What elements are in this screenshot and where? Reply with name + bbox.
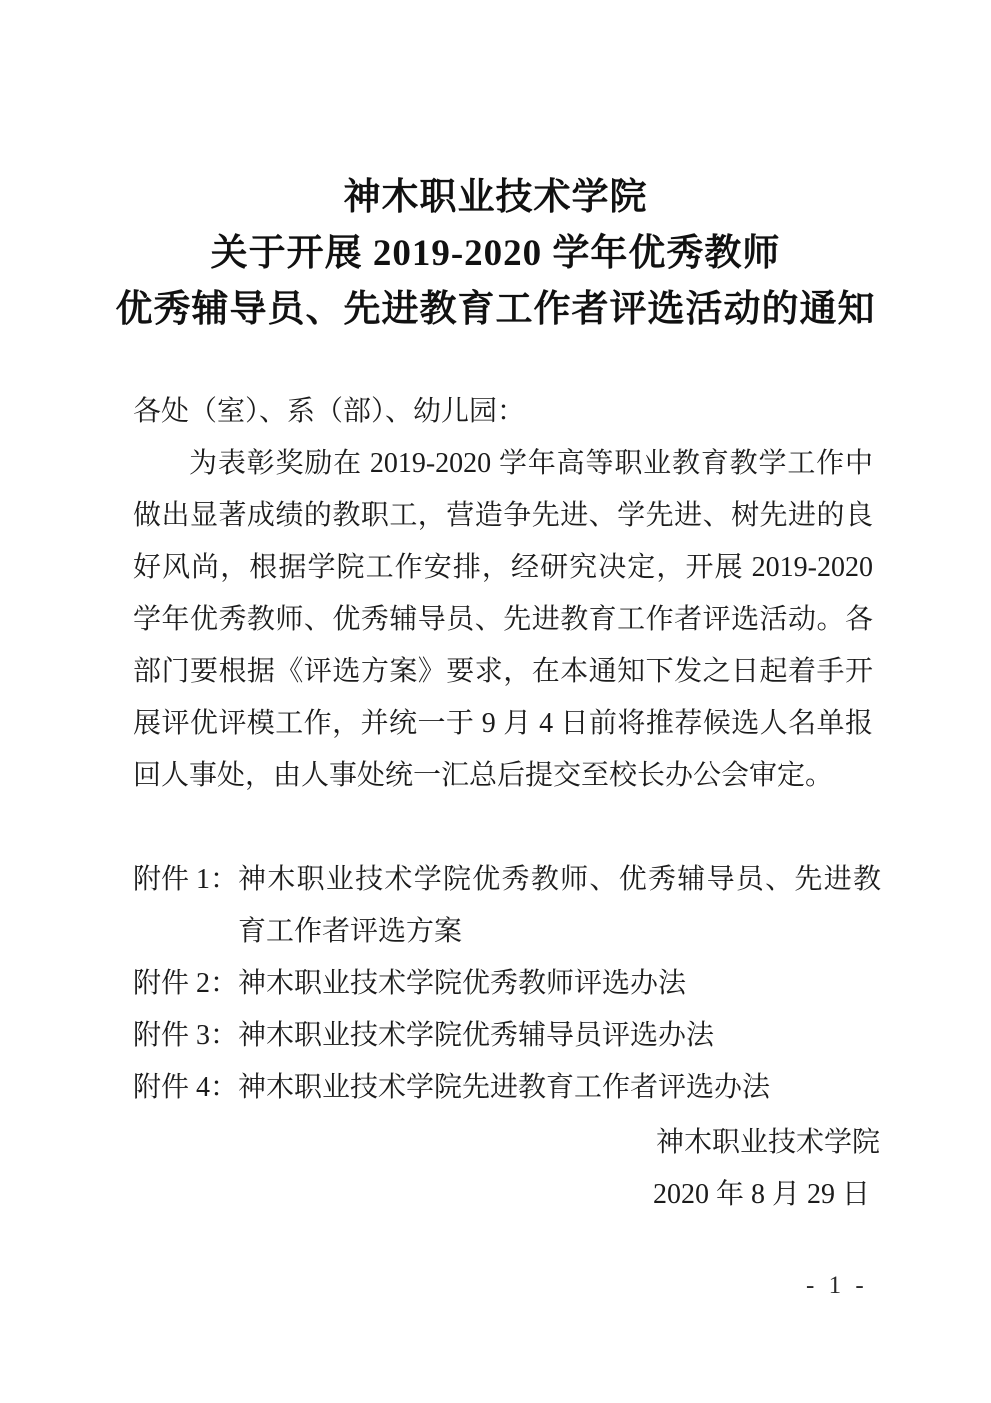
attachment-label: 附件 3：	[133, 1010, 238, 1062]
title-line-2: 关于开展 2019-2020 学年优秀教师	[0, 226, 991, 282]
attachment-label: 附件 1：	[133, 854, 238, 906]
document-page: 神木职业技术学院 关于开展 2019-2020 学年优秀教师 优秀辅导员、先进教…	[0, 0, 991, 1403]
attachment-text: 神木职业技术学院优秀教师评选办法	[238, 958, 881, 1010]
attachment-text: 神木职业技术学院优秀教师、优秀辅导员、先进教育工作者评选方案	[238, 854, 881, 958]
body-paragraph: 为表彰奖励在 2019-2020 学年高等职业教育教学工作中做出显著成绩的教职工…	[133, 438, 873, 802]
attachment-text: 神木职业技术学院优秀辅导员评选办法	[238, 1010, 881, 1062]
attachment-item-3: 附件 3： 神木职业技术学院优秀辅导员评选办法	[133, 1010, 881, 1062]
salutation: 各处（室）、系（部）、幼儿园：	[133, 386, 873, 438]
signature-organization: 神木职业技术学院	[653, 1117, 880, 1169]
attachment-label: 附件 2：	[133, 958, 238, 1010]
title-line-1: 神木职业技术学院	[0, 170, 991, 226]
attachment-item-2: 附件 2： 神木职业技术学院优秀教师评选办法	[133, 958, 881, 1010]
attachment-list: 附件 1： 神木职业技术学院优秀教师、优秀辅导员、先进教育工作者评选方案 附件 …	[133, 854, 881, 1114]
document-title: 神木职业技术学院 关于开展 2019-2020 学年优秀教师 优秀辅导员、先进教…	[0, 170, 991, 338]
attachment-item-1: 附件 1： 神木职业技术学院优秀教师、优秀辅导员、先进教育工作者评选方案	[133, 854, 881, 958]
document-body: 各处（室）、系（部）、幼儿园： 为表彰奖励在 2019-2020 学年高等职业教…	[133, 386, 873, 802]
attachment-text: 神木职业技术学院先进教育工作者评选办法	[238, 1062, 881, 1114]
signature-date: 2020 年 8 月 29 日	[653, 1169, 880, 1221]
page-number: - 1 -	[806, 1272, 868, 1300]
signature-block: 神木职业技术学院 2020 年 8 月 29 日	[653, 1117, 880, 1221]
title-line-3: 优秀辅导员、先进教育工作者评选活动的通知	[0, 282, 991, 338]
attachment-label: 附件 4：	[133, 1062, 238, 1114]
attachment-item-4: 附件 4： 神木职业技术学院先进教育工作者评选办法	[133, 1062, 881, 1114]
